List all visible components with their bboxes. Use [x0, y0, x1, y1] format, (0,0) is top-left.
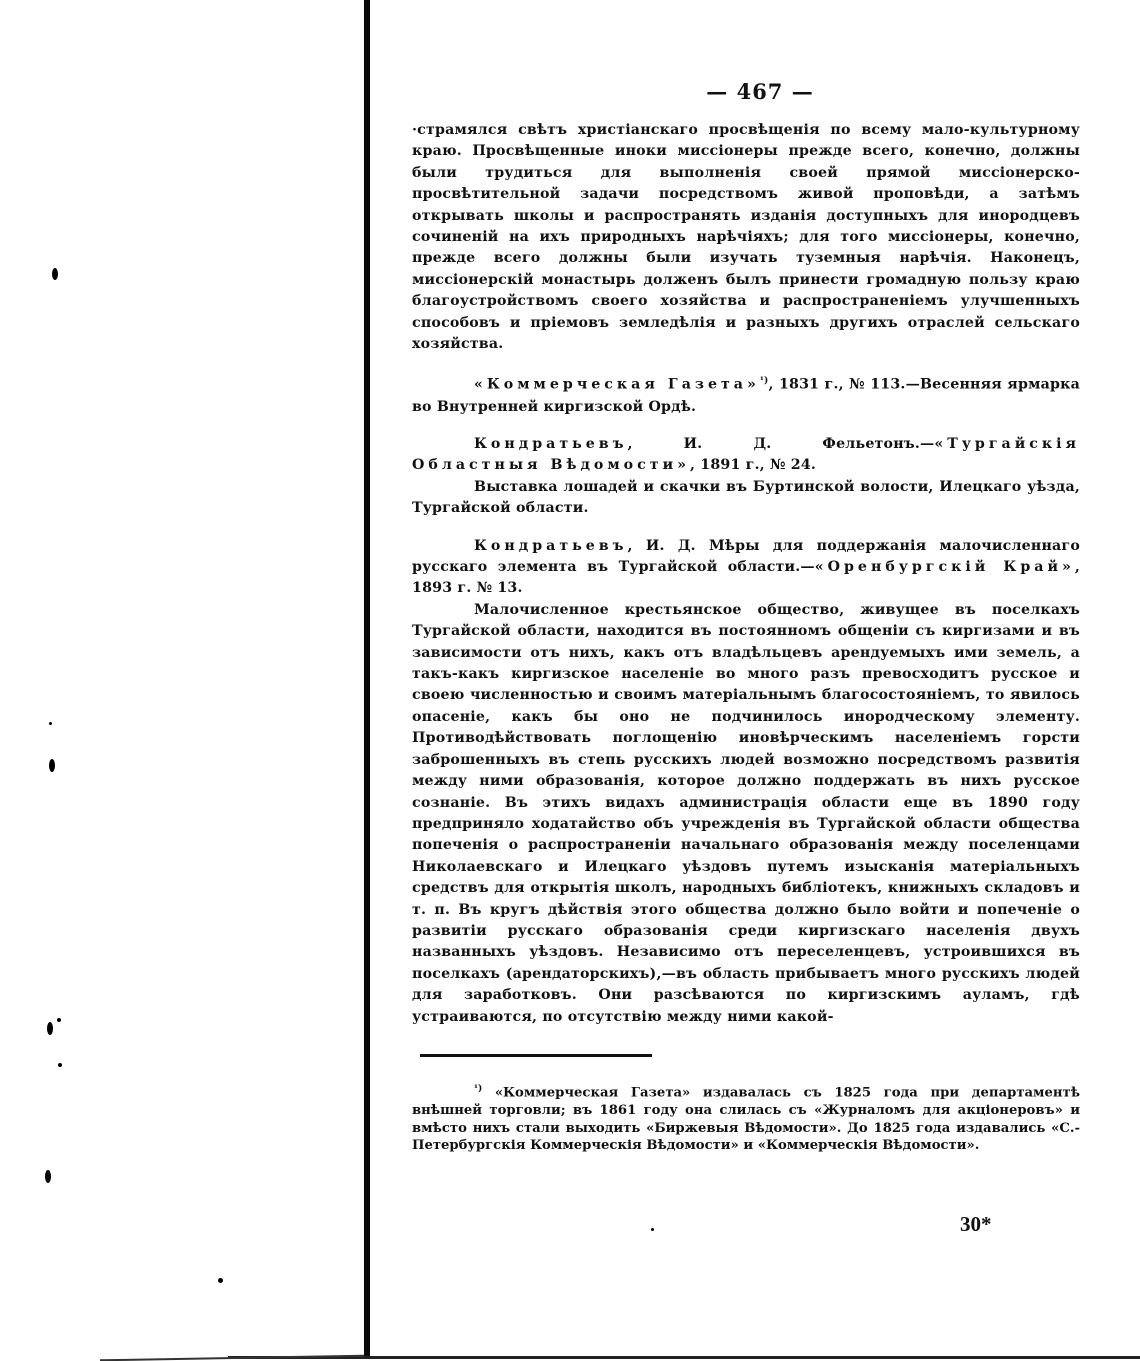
entry-author: Кондратьевъ	[474, 538, 628, 554]
page-speck	[651, 1228, 654, 1231]
binding-edge-line	[364, 0, 370, 1356]
margin-speck	[218, 1278, 223, 1283]
entry-source: «Оренбургскій Край»	[815, 559, 1075, 575]
footnote-text: «Коммерческая Газета» издавалась съ 1825…	[412, 1085, 1080, 1153]
entry-author: Кондратьевъ	[474, 436, 628, 452]
margin-punch-mark	[52, 268, 58, 280]
entry-initials: , И. Д. Фельетонъ.—	[628, 436, 935, 452]
margin-speck	[49, 722, 52, 725]
margin-punch-mark	[47, 1022, 53, 1035]
page-number: — 467 —	[440, 80, 1080, 120]
footnote-marker: ¹)	[474, 1084, 482, 1094]
entry-description: Выставка лошадей и скачки въ Буртинской …	[412, 477, 1080, 520]
footnote-divider	[420, 1054, 652, 1057]
bibliography-entry-1: «Коммерческая Газета»¹), 1831 г., № 113.…	[412, 371, 1080, 418]
bibliography-entry-2: Кондратьевъ, И. Д. Фельетонъ.—«Тургайскі…	[412, 434, 1080, 477]
margin-speck	[58, 1063, 62, 1067]
margin-punch-mark	[49, 759, 55, 772]
book-page: — 467 — ·страмялся свѣтъ христіанскаго п…	[412, 80, 1080, 1155]
entry-description: Малочисленное крестьянское общество, жив…	[412, 600, 1080, 1028]
page-bottom-edge	[228, 1356, 1140, 1359]
printer-signature-mark: 30*	[960, 1212, 992, 1237]
bibliography-entry-3: Кондратьевъ, И. Д. Мѣры для поддержанія …	[412, 536, 1080, 600]
entry-source: «Коммерческая Газета»	[474, 377, 760, 393]
footnote: ¹) «Коммерческая Газета» издавалась съ 1…	[412, 1081, 1080, 1155]
entry-rest: , 1891 г., № 24.	[690, 457, 816, 473]
margin-punch-mark	[45, 1170, 51, 1183]
margin-speck	[57, 1018, 61, 1022]
paragraph-continued: ·страмялся свѣтъ христіанскаго просвѣщен…	[412, 120, 1080, 355]
